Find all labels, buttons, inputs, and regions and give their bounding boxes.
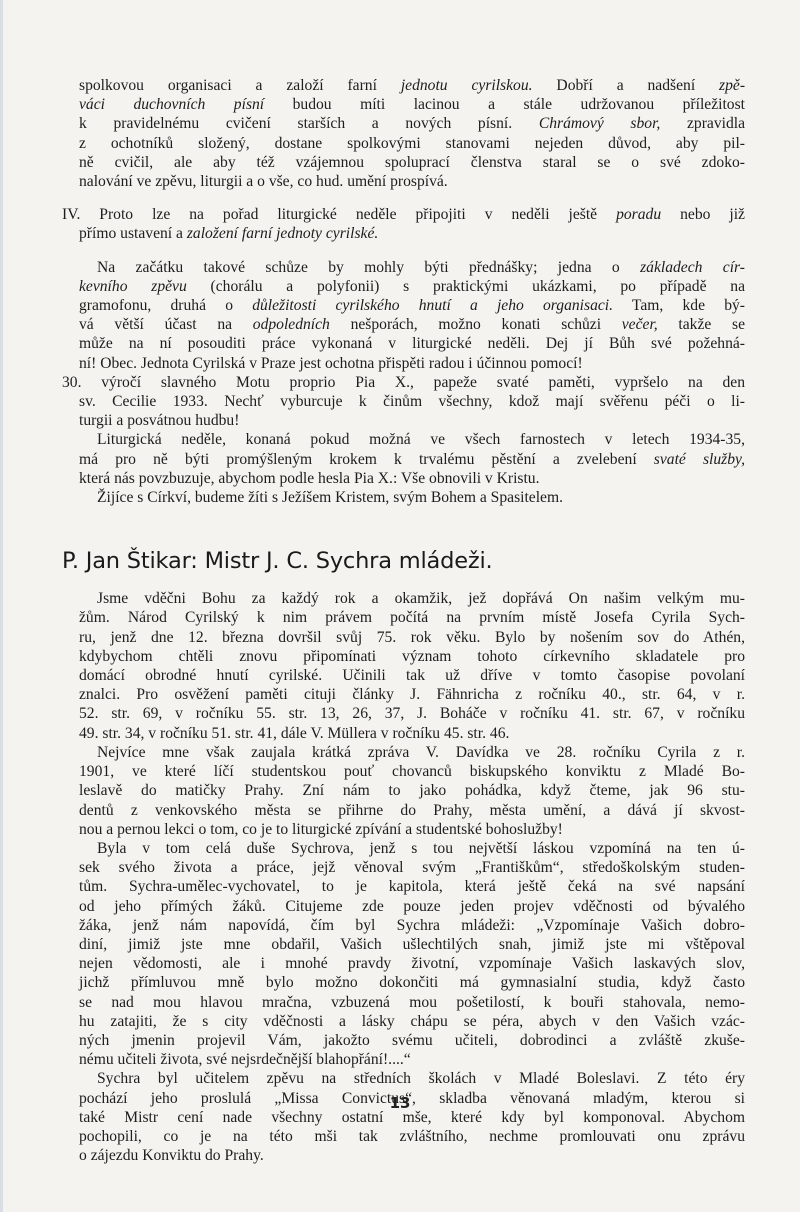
spacer [79, 191, 745, 205]
text-line: pochopili, co je na této mši tak zvláštn… [79, 1127, 745, 1146]
scan-edge [0, 0, 3, 1212]
page-number: 13 [0, 1094, 800, 1112]
text-line: tům. Sychra-umělec-vychovatel, to je kap… [79, 877, 745, 896]
spacer [79, 507, 745, 547]
text-line: váci duchovních písní budou míti lacinou… [79, 95, 745, 114]
text-line: domácí obrodné hnutí cyrilské. Učinili t… [79, 666, 745, 685]
text-line: ně cvičil, ale aby též vzájemnou spolupr… [79, 153, 745, 172]
text-line: 30. výročí slavného Motu proprio Pia X.,… [62, 373, 745, 392]
text-line: spolkovou organisaci a založí farní jedn… [79, 76, 745, 95]
text-line: může na ní posouditi práce vykonaná v li… [79, 334, 745, 353]
text-line: která nás povzbuzuje, abychom podle hesl… [79, 469, 745, 488]
text-line: dentů z venkovského města se přihrne do … [79, 801, 745, 820]
text-line: znalci. Pro osvěžení paměti cituji článk… [79, 685, 745, 704]
text-line: nalování ve zpěvu, liturgii a o vše, co … [79, 172, 745, 191]
spacer [79, 244, 745, 258]
paragraph: Nejvíce mne však zaujala krátká zpráva V… [79, 743, 745, 839]
paragraph: Na začátku takové schůze by mohly býti p… [79, 258, 745, 373]
text-line: leslavě do matičky Prahy. Zní nám to jak… [79, 781, 745, 800]
paragraph: Byla v tom celá duše Sychrova, jenž s to… [79, 839, 745, 1069]
paragraph: Liturgická neděle, konaná pokud možná ve… [79, 430, 745, 488]
text-line: sek svého života a práce, jejž věnoval s… [79, 858, 745, 877]
text-line: Jsme vděčni Bohu za každý rok a okamžik,… [79, 589, 745, 608]
text-line: kevního zpěvu (chorálu a polyfonii) s pr… [79, 277, 745, 296]
text-line: se nad mou hlavou mračna, vzbuzená mou p… [79, 993, 745, 1012]
text-line: ru, jenž dne 12. března dovršil svůj 75.… [79, 628, 745, 647]
text-line: ných jmenin projevil Vám, jakožto svému … [79, 1031, 745, 1050]
text-line: nou a pernou lekci o tom, co je to litur… [79, 820, 745, 839]
text-line: Žijíce s Církví, budeme žíti s Ježíšem K… [79, 488, 745, 507]
paragraph-iv: IV. Proto lze na pořad liturgické neděle… [79, 205, 745, 243]
text-line: IV. Proto lze na pořad liturgické neděle… [62, 205, 745, 224]
text-line: z ochotníků složený, dostane spolkovými … [79, 134, 745, 153]
text-line: žům. Národ Cyrilský k nim právem počítá … [79, 608, 745, 627]
text-line: má pro ně býti promýšleným krokem k trva… [79, 450, 745, 469]
text-line: žáka, jenž nám napovídá, čím byl Sychra … [79, 916, 745, 935]
text-line: o zájezdu Konviktu do Prahy. [79, 1146, 745, 1165]
paragraph: spolkovou organisaci a založí farní jedn… [79, 76, 745, 191]
text-line: 52. str. 69, v ročníku 55. str. 13, 26, … [79, 704, 745, 723]
text-line: ní! Obec. Jednota Cyrilská v Praze jest … [79, 354, 745, 373]
text-line: 1901, ve které líčí studentskou pouť cho… [79, 762, 745, 781]
document-page: spolkovou organisaci a založí farní jedn… [79, 76, 745, 1165]
paragraph: Žijíce s Církví, budeme žíti s Ježíšem K… [79, 488, 745, 507]
text-line: sv. Cecilie 1933. Nechť vyburcuje k činů… [79, 392, 745, 411]
text-line: Byla v tom celá duše Sychrova, jenž s to… [79, 839, 745, 858]
text-line: nejen vědomosti, ale i mnohé pravdy živo… [79, 954, 745, 973]
text-line: k pravidelnému cvičení starších a nových… [79, 114, 745, 133]
text-line: přímo ustavení a založení farní jednoty … [79, 224, 745, 243]
text-line: gramofonu, druhá o důležitosti cyrilskéh… [79, 296, 745, 315]
paragraph: Jsme vděčni Bohu za každý rok a okamžik,… [79, 589, 745, 743]
text-line: Nejvíce mne však zaujala krátká zpráva V… [79, 743, 745, 762]
text-line: nému učiteli života, své nejsrdečnější b… [79, 1050, 745, 1069]
text-line: turgii a posvátnou hudbu! [79, 411, 745, 430]
text-line: jichž přímluvou mně bylo možno dokončiti… [79, 973, 745, 992]
paragraph: 30. výročí slavného Motu proprio Pia X.,… [79, 373, 745, 431]
text-line: diní, jimiž jste mne obdařil, Vašich ušl… [79, 935, 745, 954]
text-line: Na začátku takové schůze by mohly býti p… [79, 258, 745, 277]
text-line: vá větší účast na odpoledních nešporách,… [79, 315, 745, 334]
text-line: hu zatajiti, že s city vděčnosti a lásky… [79, 1012, 745, 1031]
text-line: kdybychom chtěli znovu připomínati význa… [79, 647, 745, 666]
article-title: P. Jan Štikar: Mistr J. C. Sychra mládež… [62, 547, 745, 575]
text-line: Liturgická neděle, konaná pokud možná ve… [79, 430, 745, 449]
text-line: Sychra byl učitelem zpěvu na středních š… [79, 1069, 745, 1088]
text-line: 49. str. 34, v ročníku 51. str. 41, dále… [79, 724, 745, 743]
text-line: od jeho přímých žáků. Citujeme zde pouze… [79, 897, 745, 916]
paragraph: Sychra byl učitelem zpěvu na středních š… [79, 1069, 745, 1165]
